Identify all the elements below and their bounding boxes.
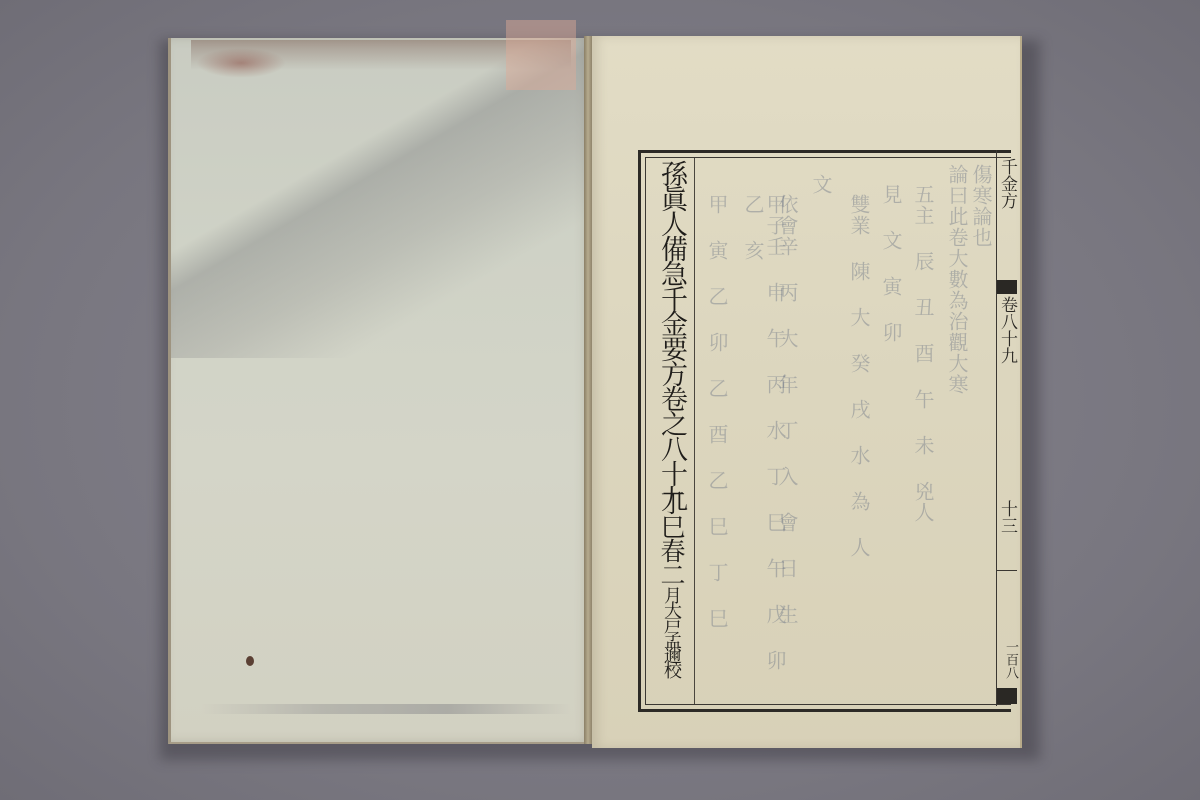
- date-small: 月大戸孟邇校: [661, 586, 682, 676]
- bleed-column: 甲 寅 乙 卯 乙 酉 乙 巳 丁 巳: [706, 194, 728, 629]
- bottom-bleed-through: [201, 704, 571, 714]
- book-gutter: [584, 36, 592, 744]
- bleed-column: 雙業 陳 大 癸 戌 水 為 人: [848, 194, 870, 558]
- bleed-through-text: 傷寒論也 論曰此卷大數為治觀大寒 五主 辰 丑 酉 午 未 兇人 見 文 寅 卯…: [698, 164, 998, 704]
- bleed-column: 見 文 寅 卯: [880, 184, 902, 343]
- ink-spot: [246, 656, 254, 666]
- bleed-column: 傷寒論也: [970, 164, 992, 248]
- banxin-rule: [997, 570, 1017, 571]
- date-column: 丁巳春二月大戸孟邇校: [652, 490, 690, 676]
- left-page: [168, 38, 591, 744]
- banxin-bottom: 一百八: [997, 640, 1017, 679]
- fishtail-mark: [997, 280, 1017, 294]
- right-page: 孫眞人備急千金要方卷之八十九 丁巳春二月大戸孟邇校 傷寒論也 論曰此卷大數為治觀…: [592, 36, 1022, 748]
- bleed-column: 甲子壬 申 午 丙 水 丁 巳 午 戊 卯 乙 亥: [742, 194, 786, 704]
- seal-ghost-mark: [506, 20, 576, 90]
- print-frame-inner: 孫眞人備急千金要方卷之八十九 丁巳春二月大戸孟邇校 傷寒論也 論曰此卷大數為治觀…: [645, 157, 1011, 705]
- bleed-column: 論曰此卷大數為治觀大寒: [946, 164, 968, 395]
- banxin-leaf-number: 十三: [997, 500, 1017, 534]
- date-main: 丁巳春二: [657, 490, 686, 586]
- column-rule: [694, 158, 695, 704]
- center-fold-column: 千金方 卷八十九 十三 一百八: [996, 150, 1017, 706]
- bottom-fishtail-mark: [997, 688, 1017, 704]
- bleed-column: 五主 辰 丑 酉 午 未 兇人: [912, 184, 934, 523]
- print-frame: 孫眞人備急千金要方卷之八十九 丁巳春二月大戸孟邇校 傷寒論也 論曰此卷大數為治觀…: [638, 150, 1011, 712]
- title-column: 孫眞人備急千金要方卷之八十九: [652, 160, 690, 510]
- banxin-title: 千金方: [997, 158, 1017, 209]
- banxin-volume: 卷八十九: [997, 296, 1017, 364]
- bleed-column: 文: [810, 174, 832, 195]
